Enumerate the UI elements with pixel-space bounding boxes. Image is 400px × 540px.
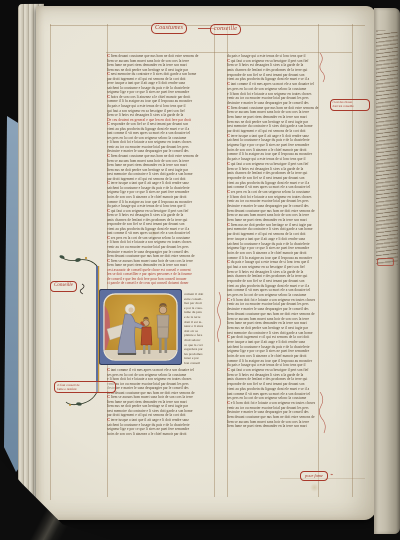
paraph-initial: C <box>227 260 230 264</box>
margin-note-left-bottom: ci faut conseil de fame e denfant <box>54 381 116 393</box>
text-line: CItem deuant coustume que nus hom ne doi… <box>107 54 214 59</box>
text-column-left-upper: CItem deuant coustume que nus hom ne doi… <box>107 54 214 286</box>
paraph-initial: C <box>107 181 110 185</box>
paraph-initial: C <box>227 368 230 372</box>
paraph-initial: C <box>107 154 110 158</box>
paraph-initial: C <box>107 236 110 240</box>
paraph-initial: C <box>107 72 110 76</box>
text-line: Item deuant coustume que nus hom ne doit… <box>227 415 319 420</box>
paraph-initial: C <box>227 190 230 194</box>
text-line: vient au plus prochein du lignage dont e… <box>227 387 319 392</box>
text-line: Cqui faut a son seigneur en sa besoigne … <box>227 162 319 167</box>
text-line: hoirs de son cors li ainznez a le chief … <box>227 251 319 256</box>
text-line: Item nus ne doit perdre son heritage se … <box>227 326 319 331</box>
text-column-right: du pais e lusage qui a este tenuz de si … <box>227 54 319 429</box>
red-flourish-gutter <box>214 292 224 344</box>
paraph-initial: C <box>227 401 230 405</box>
catchword-label: pour fame <box>305 473 323 478</box>
text-column-left-lower: Ctant comme il vit mes apres sa mort ele… <box>107 368 214 436</box>
red-flourish-col-top <box>317 53 327 83</box>
text-line: Cses pers en la cort de son seigneur sel… <box>227 190 319 195</box>
text-line: bon conseil <box>184 361 214 366</box>
margin-note-conseille-label: Conseille <box>54 283 73 288</box>
paraph-initial: C <box>227 223 230 227</box>
paraph-initial: C <box>107 122 110 126</box>
ruling-horizontal-top <box>50 25 365 26</box>
paraph-initial: C <box>227 298 230 302</box>
text-line: terre iusque a tant que il ait aage e li… <box>227 340 319 345</box>
paraph-initial: C <box>107 209 110 213</box>
text-line: du pais e lusage qui a este tenuz de si … <box>227 54 319 59</box>
text-line: Item fame ne puet riens demander en la t… <box>227 115 319 120</box>
fore-edge-red-rubric <box>377 258 394 266</box>
text-line: par droit iugement e cil qui est semons … <box>227 129 319 134</box>
manuscript-photo: Coustumes conseille CItem deuant coustum… <box>0 0 400 540</box>
text-line: destruire e marier le sanz desparagier p… <box>227 101 319 106</box>
paraph-initial: C <box>227 106 230 110</box>
paraph-initial: C <box>107 95 110 99</box>
text-line: destruire e marier le sanz desparagier p… <box>227 204 319 209</box>
paraph-initial: C <box>227 134 230 138</box>
running-title-right-label: conseille <box>214 26 237 32</box>
ruling-horizontal-textblock <box>106 52 352 53</box>
red-flourish-col-bottom <box>316 392 328 434</box>
text-line: CItem deuant coustume que nus hom ne doi… <box>107 154 214 159</box>
ruling-vertical-outer-right <box>352 24 353 497</box>
ruling-vertical-col1-right <box>214 24 215 497</box>
margin-note-right: ci est des choses dont len conseille <box>330 99 370 111</box>
text-line: Ce li hom doit foi e loiaute a son seign… <box>227 401 319 406</box>
margin-note-left-bottom-line2: fame e denfant <box>57 387 113 391</box>
running-title-left-label: Coustumes <box>155 25 183 31</box>
text-line: terre iusque a tant que il ait aage e li… <box>227 237 319 242</box>
fore-edge-text-showthrough <box>376 29 398 265</box>
paraph-initial: C <box>107 54 110 58</box>
text-line: hoirs de son cors li ainznez a le chief … <box>227 354 319 359</box>
text-column-left-beside-miniature: coment il doitestre conseil-liez par dro… <box>184 292 214 366</box>
text-line: qui faut a son seigneur en sa besoigne i… <box>227 265 319 270</box>
margin-note-conseille: Conseille <box>50 281 77 292</box>
catchword: pour fame <box>300 471 328 481</box>
text-line: Item deuant coustume que nus hom ne doit… <box>227 312 319 317</box>
fore-edge-pages <box>374 8 400 534</box>
paraph-initial: C <box>107 418 110 422</box>
running-title-left-cartouche: Coustumes <box>151 23 187 34</box>
paraph-initial: C <box>227 162 230 166</box>
text-line: ses pers en la cort de son seigneur selo… <box>227 87 319 92</box>
pen-squiggle <box>80 284 84 294</box>
text-line: hoirs de son cors li ainznez a le chief … <box>107 432 214 437</box>
text-line: Item fame ne puet riens demander en la t… <box>227 424 319 429</box>
margin-note-right-line2: dont len conseille <box>333 105 368 109</box>
ruling-vertical-outer-left <box>50 24 51 500</box>
paraph-initial: C <box>227 335 230 339</box>
text-line: ci parole de conseil e de ceus qui conse… <box>107 281 214 286</box>
parchment-stain <box>310 483 319 492</box>
running-title-right-cartouche: conseille <box>210 24 241 35</box>
paraph-initial: C <box>227 82 230 86</box>
paraph-initial: C <box>227 59 230 63</box>
